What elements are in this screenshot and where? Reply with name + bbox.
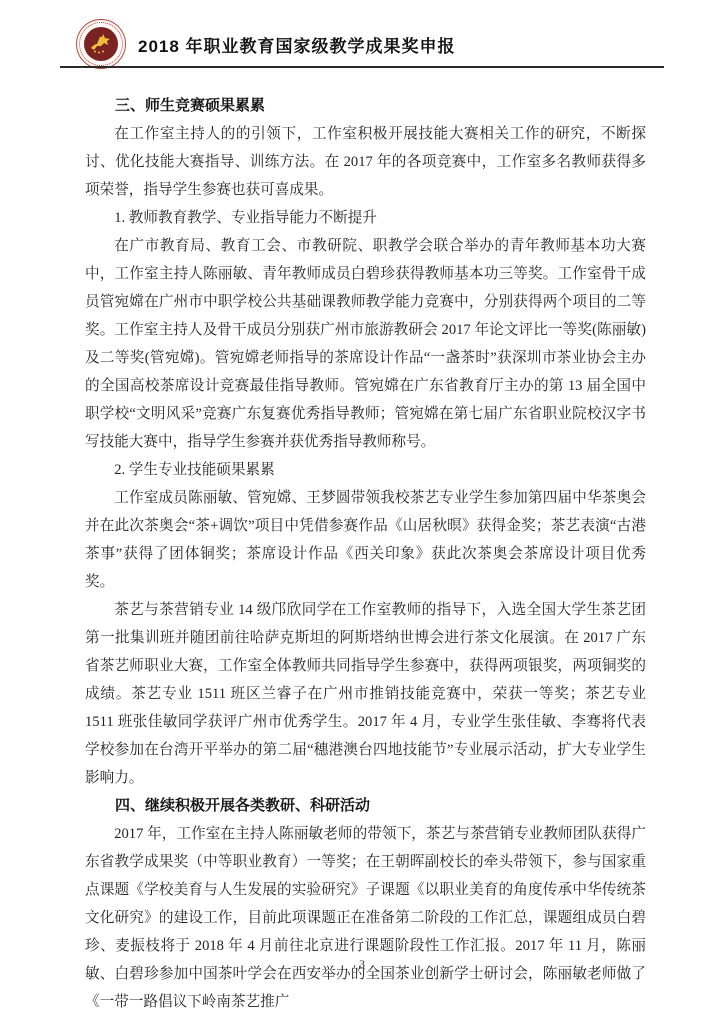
- school-seal-logo: [76, 19, 126, 69]
- header-divider: [60, 66, 664, 68]
- page-number: 3: [0, 957, 724, 972]
- document-title: 2018 年职业教育国家级教学成果奖申报: [138, 32, 456, 57]
- document-body: 三、师生竞赛硕果累累 在工作室主持人的的引领下，工作室积极开展技能大赛相关工作的…: [85, 92, 646, 1016]
- document-page: 2018 年职业教育国家级教学成果奖申报 三、师生竞赛硕果累累 在工作室主持人的…: [0, 0, 724, 1024]
- paragraph-3: 工作室成员陈丽敏、管宛嫦、王梦圆带领我校茶艺专业学生参加第四届中华茶奥会并在此次…: [85, 484, 646, 596]
- section-heading-4: 四、继续积极开展各类教研、科研活动: [85, 792, 646, 820]
- paragraph-1: 在工作室主持人的的引领下，工作室积极开展技能大赛相关工作的研究，不断探讨、优化技…: [85, 120, 646, 204]
- golden-horse-icon: [86, 29, 116, 59]
- paragraph-4: 茶艺与茶营销专业 14 级邝欣同学在工作室教师的指导下，入选全国大学生茶艺团第一…: [85, 596, 646, 792]
- seal-inner-disc: [84, 27, 118, 61]
- page-header: 2018 年职业教育国家级教学成果奖申报: [60, 20, 664, 68]
- section-heading-3: 三、师生竞赛硕果累累: [85, 92, 646, 120]
- subheading-1: 1. 教师教育教学、专业指导能力不断提升: [85, 204, 646, 232]
- subheading-2: 2. 学生专业技能硕果累累: [85, 456, 646, 484]
- paragraph-5: 2017 年，工作室在主持人陈丽敏老师的带领下，茶艺与茶营销专业教师团队获得广东…: [85, 820, 646, 1016]
- paragraph-2: 在广市教育局、教育工会、市教研院、职教学会联合举办的青年教师基本功大赛中，工作室…: [85, 232, 646, 456]
